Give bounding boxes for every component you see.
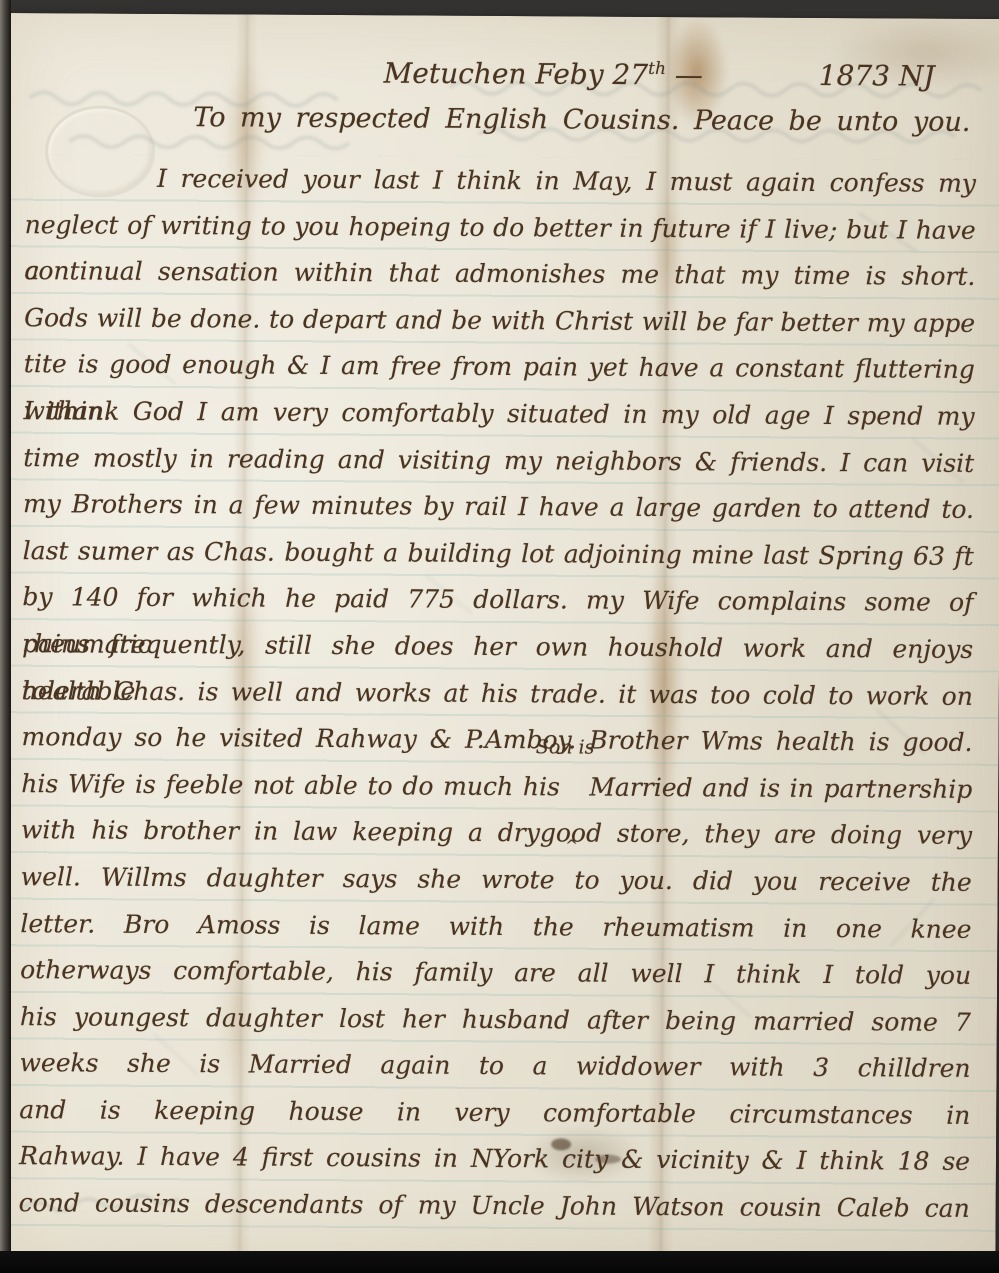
dateline: Metuchen Feby 27th — 1873 NJ bbox=[384, 41, 935, 96]
caret-mark: ^ bbox=[565, 822, 578, 869]
letter-line: my Brothers in a few minutes by rail I h… bbox=[23, 481, 974, 533]
letter-line: weeks she is Married again to a widdower… bbox=[19, 1040, 970, 1092]
letter-line: pains frequently, still she does her own… bbox=[22, 621, 973, 673]
ordinal-suffix: th bbox=[648, 59, 666, 79]
letter-line: otherways comfortable, his family are al… bbox=[20, 947, 971, 999]
salutation: To my respected English Cousins. Peace b… bbox=[193, 92, 970, 149]
letter-line: continual sensation within that admonish… bbox=[24, 248, 975, 300]
letter-line: his youngest daughter lost her husband a… bbox=[20, 994, 971, 1046]
letter-content: Metuchen Feby 27th — 1873 NJ To my respe… bbox=[3, 13, 999, 1233]
scan-edge-bottom bbox=[0, 1251, 999, 1273]
letter-line: last sumer as Chas. bought a building lo… bbox=[23, 528, 974, 580]
letter-page: Metuchen Feby 27th — 1873 NJ To my respe… bbox=[2, 13, 999, 1258]
letter-line: Gods will be done. to depart and be with… bbox=[24, 295, 975, 347]
letter-line: with his brother in law keeping a drygoo… bbox=[21, 807, 972, 859]
letter-line: time mostly in reading and visiting my n… bbox=[23, 435, 974, 487]
letter-line: tite is good enough & I am free from pai… bbox=[24, 341, 975, 393]
letter-line: Rahway. I have 4 first cousins in NYork … bbox=[19, 1134, 970, 1186]
letter-line: letter. Bro Amoss is lame with the rheum… bbox=[20, 901, 971, 953]
letter-line: health Chas. is well and works at his tr… bbox=[22, 668, 973, 720]
scan-edge-left bbox=[0, 0, 11, 1273]
letter-line: neglect of writing to you hopeing to do … bbox=[25, 202, 976, 254]
letter-line: cond cousins descendants of my Uncle Joh… bbox=[19, 1180, 970, 1232]
letter-line: well. Willms daughter says she wrote to … bbox=[21, 854, 972, 906]
letter-line: his Wife is feeble not able to do much h… bbox=[21, 761, 972, 813]
letter-line: and is keeping house in very comfortable… bbox=[19, 1087, 970, 1139]
letter-line: I received your last I think in May, I m… bbox=[25, 155, 976, 207]
letter-line: by 140 for which he paid 775 dollars. my… bbox=[22, 574, 973, 626]
dateline-dash: — bbox=[675, 58, 703, 91]
letter-body: I received your last I think in May, I m… bbox=[19, 155, 977, 1232]
letter-line: monday so he visited Rahway & P.Amboy. B… bbox=[21, 714, 972, 766]
letter-line: I thank God I am very comfortably situat… bbox=[23, 388, 974, 440]
inserted-text: Son is bbox=[536, 724, 595, 771]
dateline-place-date: Metuchen Feby 27th — bbox=[383, 41, 703, 101]
